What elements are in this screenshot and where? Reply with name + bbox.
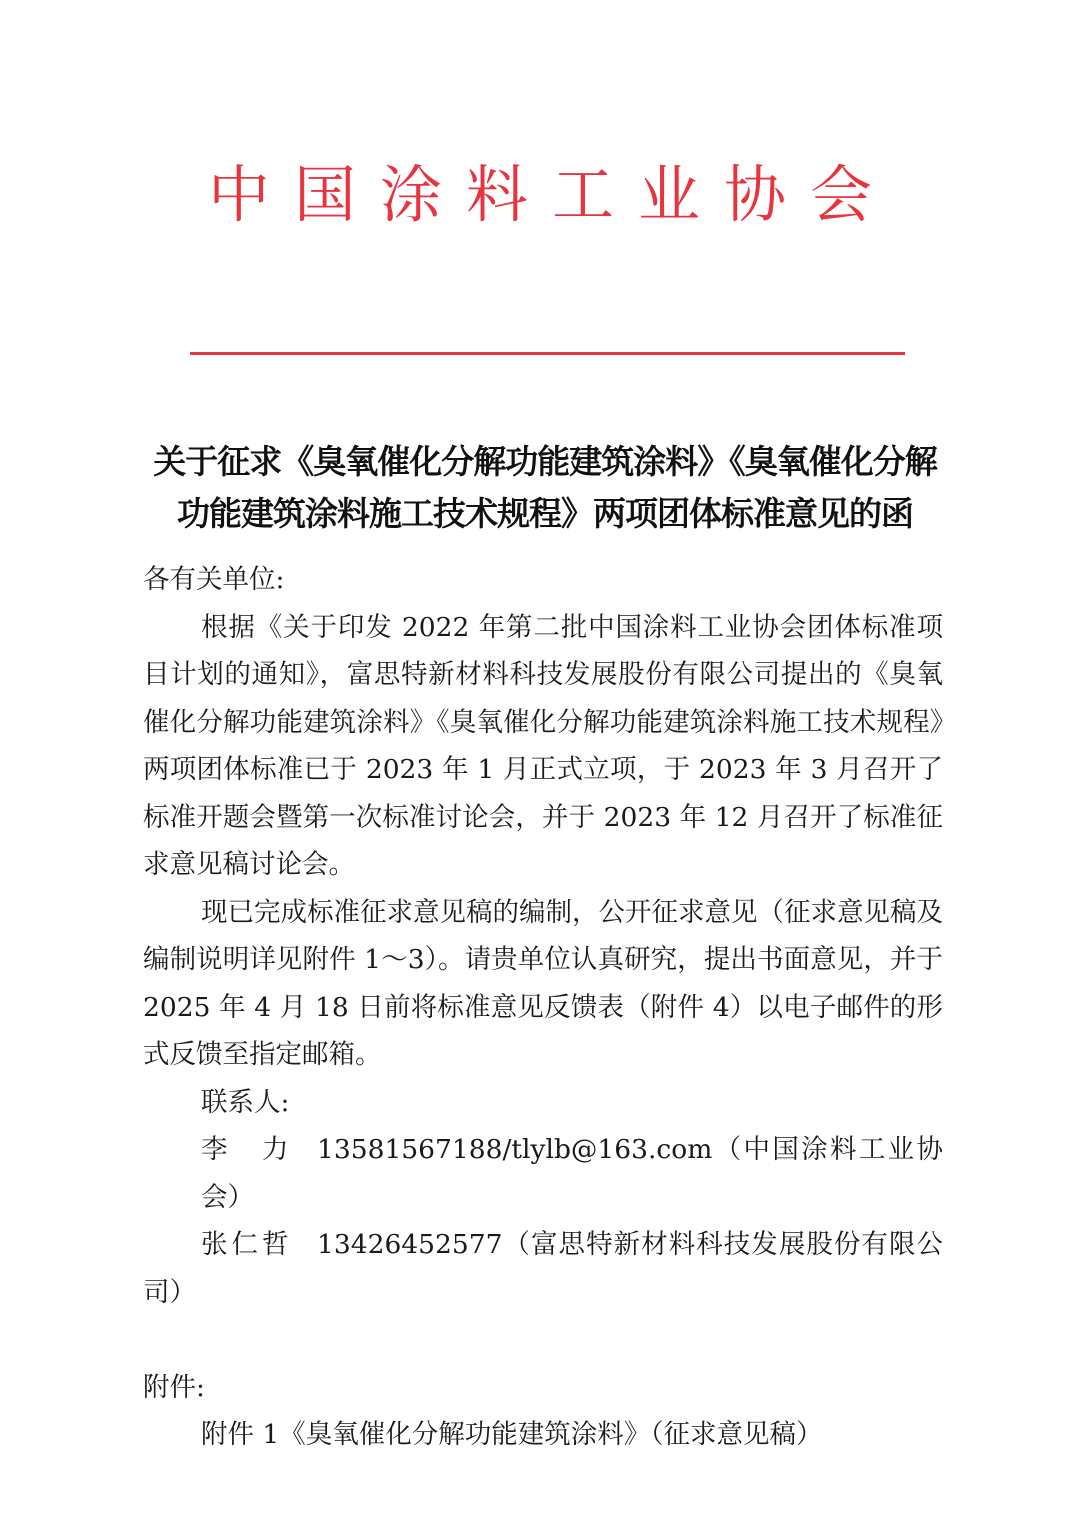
paragraph-request: 现已完成标准征求意见稿的编制，公开征求意见（征求意见稿及编制说明详见附件 1～3… (143, 889, 943, 1079)
contact-item: 张仁哲13426452577（富思特新材料科技发展股份有限公司） (143, 1221, 943, 1316)
blank-line (143, 1316, 943, 1364)
salutation: 各有关单位: (143, 556, 943, 604)
contact-name: 张仁哲 (201, 1221, 317, 1269)
letterhead-org-name: 中国涂料工业协会 (0, 150, 1080, 240)
letterhead-red-rule (190, 352, 905, 355)
document-title-line-1: 关于征求《臭氧催化分解功能建筑涂料》《臭氧催化分解 (130, 436, 960, 488)
document-title-line-2: 功能建筑涂料施工技术规程》两项团体标准意见的函 (130, 488, 960, 540)
attachment-item: 附件 1《臭氧催化分解功能建筑涂料》（征求意见稿） (143, 1411, 943, 1459)
document-title: 关于征求《臭氧催化分解功能建筑涂料》《臭氧催化分解 功能建筑涂料施工技术规程》两… (130, 436, 960, 540)
contacts-label: 联系人: (143, 1079, 943, 1127)
contact-name: 李 力 (201, 1126, 317, 1174)
contact-item: 李 力13581567188/tlylb@163.com（中国涂料工业协会） (143, 1126, 943, 1221)
document-body: 各有关单位: 根据《关于印发 2022 年第二批中国涂料工业协会团体标准项目计划… (143, 556, 943, 1459)
attachments-label: 附件: (143, 1364, 943, 1412)
paragraph-background: 根据《关于印发 2022 年第二批中国涂料工业协会团体标准项目计划的通知》，富思… (143, 604, 943, 889)
